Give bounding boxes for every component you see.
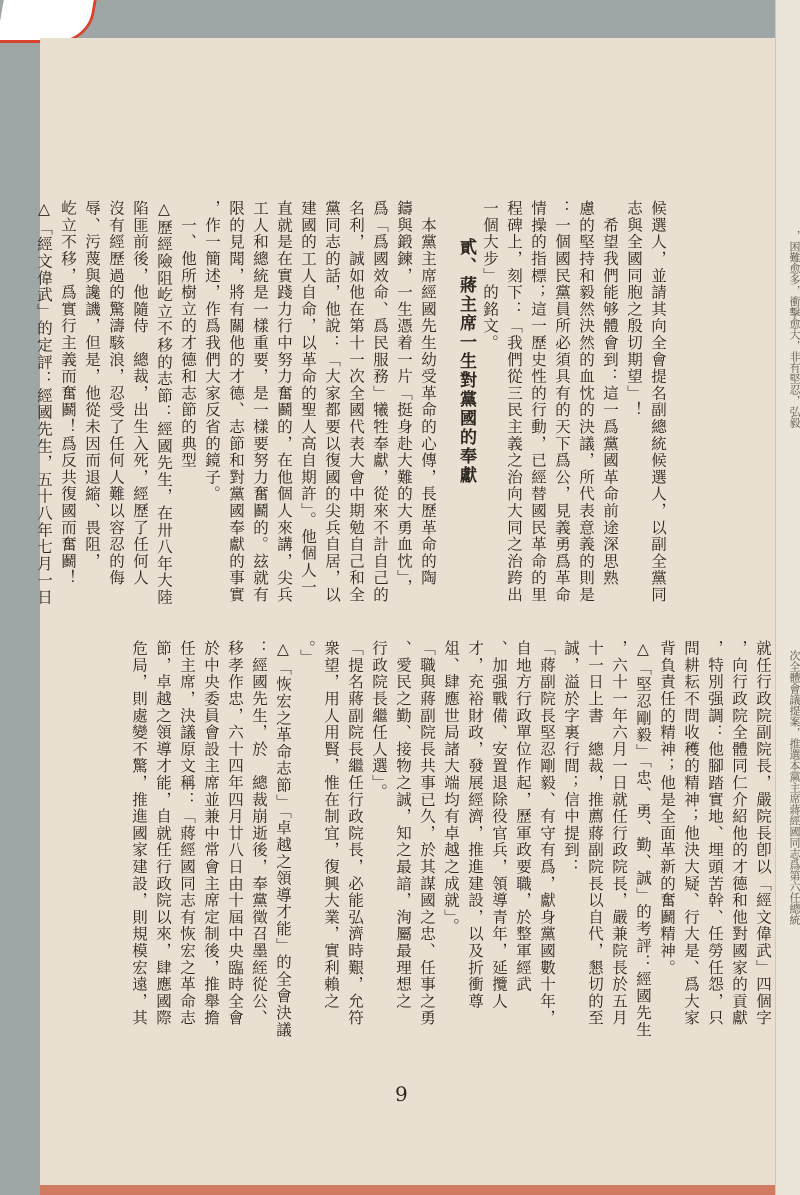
text-column: 沒有經歷過的驚濤駭浪，忍受了任何人難以容忍的侮: [104, 200, 128, 610]
text-column: 「提名蔣副院長繼任行政院長，必能弘濟時艱，允符: [343, 640, 367, 1045]
bottom-text-block: 就任行政院副院長，嚴院長卽以「經文偉武」四個字，向行政院全體同仁介紹他的才德和他…: [90, 640, 775, 1045]
text-column: 爲「爲國效命、爲民服務」犧牲奉獻，從來不計自己的: [368, 200, 392, 610]
top-left-text-block: 本黨主席經國先生幼受革命的心傳，長歷革命的陶鑄與鍛鍊，一生憑着一片「挺身赴大難的…: [120, 200, 440, 610]
text-column: 才，充裕財政，發展經濟，推進建設，以及折衝尊: [463, 640, 487, 1045]
text-column: 本黨主席經國先生幼受革命的心傳，長歷革命的陶: [416, 200, 440, 610]
text-column: 希望我們能够體會到：這一爲黨國革命前途深思熟: [598, 200, 622, 610]
text-column: 問耕耘不問收穫的精神；他決大疑、行大是、爲大家: [679, 640, 703, 1045]
text-column: ，六十一年六月一日就任行政院長，嚴兼院長於五月: [607, 640, 631, 1045]
text-column: 於中央委員會設主席並兼中常會主席定制後，推舉擔: [199, 640, 223, 1045]
text-column: 十一日上書 總裁，推薦蔣副院長以自代，懇切的至: [583, 640, 607, 1045]
text-column: 候選人，並請其向全會提名副總統候選人，以副全黨同: [646, 200, 670, 610]
text-column: △「恢宏之革命志節」「卓越之領導才能」的全會決議: [271, 640, 295, 1045]
text-column: 移孝作忠，六十四年四月廿八日由十屆中央臨時全會: [223, 640, 247, 1045]
text-column: 建國的工人自命，以革命的聖人高自期許」。他個人一: [296, 200, 320, 610]
text-column: 辱、污蔑與讒譏，但是，他從未因而退縮、畏阻，: [80, 200, 104, 610]
text-column: 名利，誠如他在第十一次全國代表大會中期勉自己和全: [344, 200, 368, 610]
text-column: 節，卓越之領導才能，自就任行政院以來，肆應國際: [151, 640, 175, 1045]
red-bookmark-tab: [0, 0, 97, 43]
text-column: ：經國先生，於 總裁崩逝後，奉黨徵召墨絰從公、: [247, 640, 271, 1045]
text-column: 、加强戰備、安置退除役官兵，領導青年，延攬人: [487, 640, 511, 1045]
text-column: 次全體會議提案，推選本黨主席蔣經國同志爲第六任總統: [789, 650, 800, 925]
text-column: △「經文偉武」的定評：經國先生，五十八年七月一日: [32, 200, 56, 610]
text-column: 黨同志的話，他說：「大家都要以復國的尖兵自居，以: [320, 200, 344, 610]
text-column: 志與全國同胞之殷切期望」！: [622, 200, 646, 610]
text-column: ，特別强調：他腳踏實地、埋頭苦幹、任勞任怨，只: [703, 640, 727, 1045]
page-bottom-edge: [40, 1185, 775, 1195]
text-column: 背負責任的精神；他是全面革新的奮鬬精神。: [655, 640, 679, 1045]
adjacent-page-text: 「家途忻衡革命情勢，深感愈接近最後成功，困難愈多，衝擊愈大，非有堅忍，弘毅: [778, 230, 800, 439]
text-column: 屹立不移，爲實行主義而奮鬬！爲反共復國而奮鬬！: [56, 200, 80, 610]
text-column: 「蔣副院長堅忍剛毅、有守有爲，獻身黨國數十年，: [535, 640, 559, 1045]
text-column: 「職與蔣副院長共事已久，於其謀國之忠、任事之勇: [415, 640, 439, 1045]
text-column: 直就是在實踐力行中努力奮鬬的，在他個人來講，尖兵: [272, 200, 296, 610]
text-column: 衆望，用人用賢，惟在制宜，復興大業，實利賴之: [319, 640, 343, 1045]
text-column: 。」: [295, 640, 319, 1045]
text-column: 行政院長繼任人選」。: [367, 640, 391, 1045]
text-column: 程碑上，刻下：「我們從三民主義之治向大同之治跨出: [502, 200, 526, 610]
adjacent-page-edge: [775, 0, 800, 1195]
section-title: 貳、蔣主席一生對黨國的奉獻: [454, 200, 478, 610]
text-column: ：一個國民黨員所必須具有的天下爲公，見義勇爲革命: [550, 200, 574, 610]
text-column: 慮的堅持和毅然決然的血忱的決議，所代表意義的則是: [574, 200, 598, 610]
text-column: 俎、肆應世局諸大端均有卓越之成就」。: [439, 640, 463, 1045]
text-column: △歷經險阻屹立不移的志節：經國先生，在卅八年大陸: [152, 200, 176, 610]
page-number: 9: [395, 1082, 408, 1106]
text-column: 誠，溢於字裏行間；信中提到：: [559, 640, 583, 1045]
text-column: △「堅忍剛毅」「忠、勇、勤、誠」的考評：經國先生: [631, 640, 655, 1045]
text-column: 情操的指標；這一歷史性的行動，已經替國民革命的里: [526, 200, 550, 610]
text-column: 就任行政院副院長，嚴院長卽以「經文偉武」四個字: [751, 640, 775, 1045]
text-column: ，困難愈多，衝擊愈大，非有堅忍，弘毅: [789, 230, 800, 439]
text-column: 工人和總統是一樣重要，是一樣要努力奮鬬的。玆就有: [248, 200, 272, 610]
text-column: ，作一簡述，作爲我們大家反省的鏡子。: [200, 200, 224, 610]
text-column: 鑄與鍛鍊，一生憑着一片「挺身赴大難的大勇血忱」，: [392, 200, 416, 610]
text-column: 一、他所樹立的才德和志節的典型: [176, 200, 200, 610]
text-column: 、愛民之勤、接物之誠，知之最諳，洵屬最理想之: [391, 640, 415, 1045]
text-column: 危局，則處變不驚，推進國家建設，則規模宏遠，其: [127, 640, 151, 1045]
text-column: 限的見聞，將有關他的才德、志節和對黨國奉獻的事實: [224, 200, 248, 610]
adjacent-page-text-lower: 一致作成歷史性的決議：「向第十一屆中央委員第二次全體會議提案，推選本黨主席蔣經國…: [778, 650, 800, 925]
text-column: ，向行政院全體同仁介紹他的才德和他對國家的貢獻: [727, 640, 751, 1045]
text-column: 自地方行政單位作起，歷軍政要職，於整軍經武: [511, 640, 535, 1045]
top-right-text-block: 候選人，並請其向全會提名副總統候選人，以副全黨同志與全國同胞之殷切期望」！ 希望…: [440, 200, 670, 610]
text-column: 一個大步」的銘文。: [478, 200, 502, 610]
text-column: 任主席，決議原文稱：「蔣經國同志有恢宏之革命志: [175, 640, 199, 1045]
text-column: 陷匪前後，他隨侍 總裁，出生入死，經歷了任何人: [128, 200, 152, 610]
